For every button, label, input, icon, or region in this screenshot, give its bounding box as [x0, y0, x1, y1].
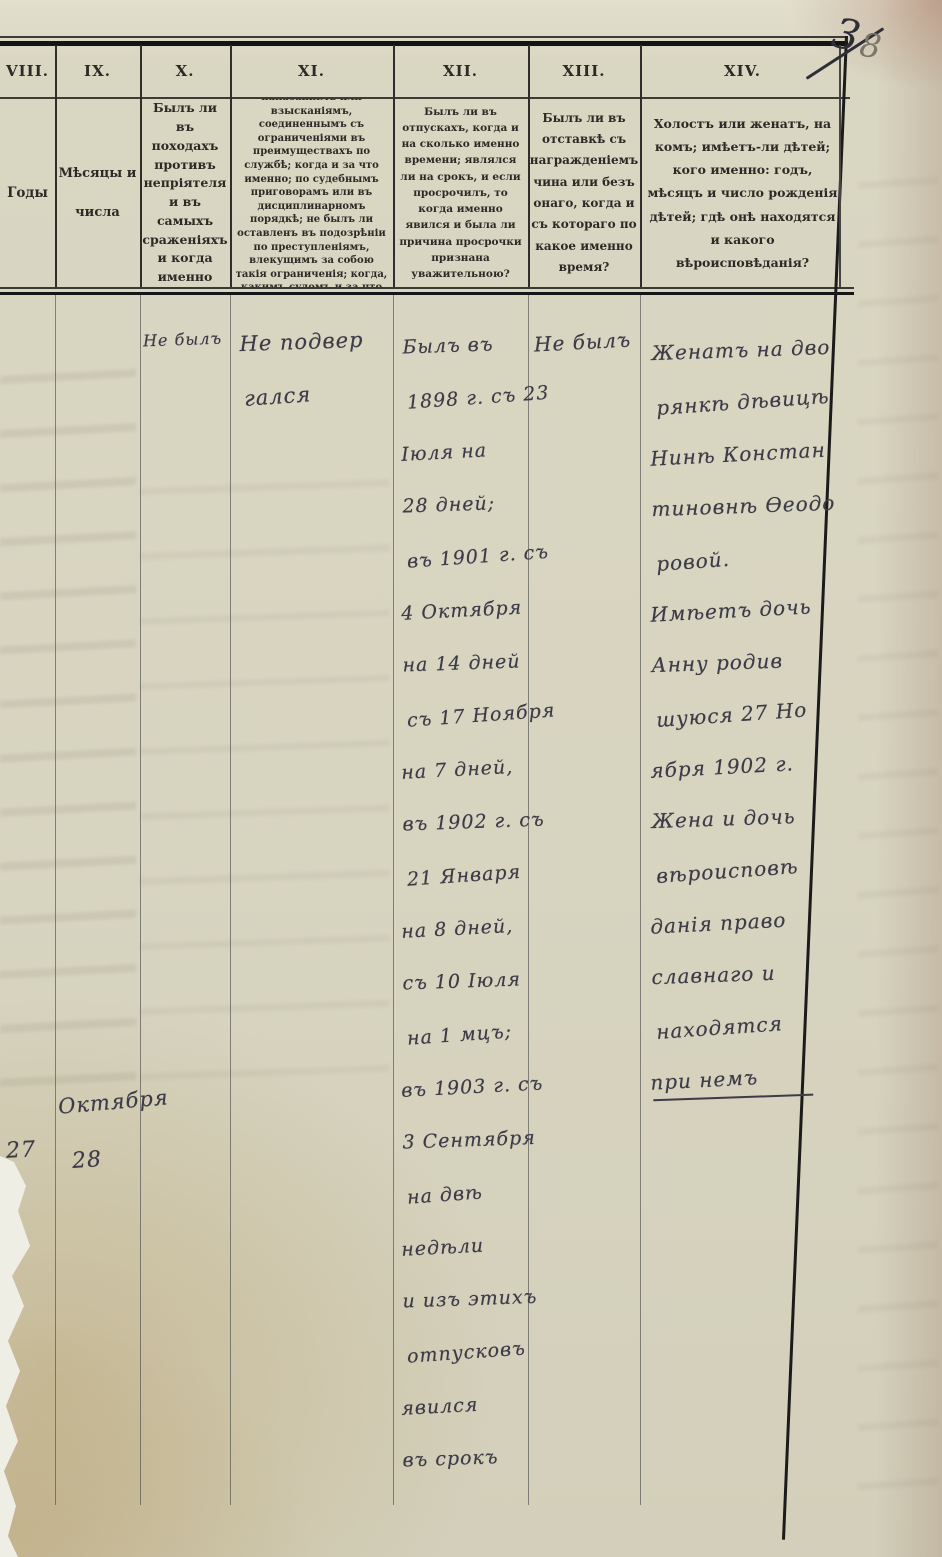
punishment-line: Не подвер [239, 328, 365, 385]
column-divider-body [393, 295, 394, 1505]
leave-record-line: отпусковъ [406, 1335, 558, 1398]
entry-retirement: Не былъ [533, 327, 631, 356]
leave-record-line: на 14 дней [402, 649, 552, 707]
leave-record-line: въ 1903 г. съ [401, 1072, 552, 1133]
column-x-numeral: X. [140, 45, 230, 97]
family-record-line: Нинѣ Констан [650, 437, 836, 499]
entry-month: Октября [57, 1085, 169, 1119]
column-divider-body [640, 295, 641, 1505]
leave-record-line: въ 1902 г. съ [402, 808, 552, 866]
leave-record-line: въ срокъ [402, 1444, 552, 1502]
entry-day: 28 [71, 1147, 103, 1174]
leave-record-line: съ 17 Ноября [406, 699, 558, 762]
entry-punishments: Не подвергался [238, 330, 362, 436]
leave-record-line: съ 10 Іюля [402, 967, 552, 1025]
column-divider-body [230, 295, 231, 1505]
leave-record-line: недѣли [401, 1231, 552, 1292]
column-ix-numeral: IX. [55, 45, 140, 97]
entry-campaigns: Не былъ [143, 329, 223, 351]
column-divider-body [55, 295, 56, 1505]
bleedthrough-texture [140, 430, 390, 1110]
header-bottom-rule [0, 287, 854, 295]
family-record-line: ября 1902 г. [650, 749, 836, 811]
leave-record-line: на 7 дней, [401, 754, 552, 815]
entry-year: 27 [5, 1137, 36, 1164]
column-xiii-numeral: XIII. [528, 45, 640, 97]
family-record-line: при немъ [650, 1061, 836, 1123]
leave-record-line: на двѣ [406, 1176, 558, 1239]
column-ix-heading: Мѣсяцы и числа [55, 99, 140, 287]
leave-record-line: въ 1901 г. съ [406, 540, 558, 603]
entry-leaves: Былъ въ1898 г. съ 23Іюля на28 дней;въ 19… [401, 334, 550, 1500]
leave-record-line: 28 дней; [402, 490, 552, 548]
column-xii-heading: Былъ ли въ отпускахъ, когда и на сколько… [393, 99, 528, 287]
bleedthrough-texture [858, 130, 938, 1490]
column-xiii-heading: Былъ ли въ отставкѣ съ награжденіемъ чин… [528, 99, 640, 287]
folio-number-pencil: 8 [857, 25, 884, 67]
column-xiv-heading: Холостъ или женатъ, на комъ; имѣетъ-ли д… [640, 99, 845, 287]
leave-record-line: на 8 дней, [401, 913, 552, 974]
leave-record-line: 1898 г. съ 23 [406, 381, 558, 444]
leave-record-line: Іюля на [401, 436, 552, 497]
leave-record-line: и изъ этихъ [402, 1285, 552, 1343]
column-x-heading: Былъ ли въ походахъ противъ непріятеля и… [140, 99, 230, 287]
entry-family: Женатъ на дворянкѣ дѣвицѣНинѣ Константин… [650, 338, 834, 1118]
column-xi-heading: Подвергался ли наказаніямъ или взысканія… [230, 99, 393, 287]
torn-paper-fragment [0, 1156, 42, 1557]
family-record-line: данія право [650, 905, 836, 967]
leave-record-line: 4 Октября [401, 595, 552, 656]
leave-record-line: Былъ въ [402, 331, 552, 389]
leave-record-line: явился [401, 1390, 552, 1451]
leave-record-line: 3 Сентября [402, 1126, 552, 1184]
family-record-line: Имѣетъ дочь [650, 593, 836, 655]
column-divider-body [140, 295, 141, 1505]
leave-record-line: на 1 мцъ; [406, 1017, 558, 1080]
bleedthrough-texture [0, 330, 136, 1110]
column-viii-heading: Годы [0, 99, 55, 287]
punishment-line: гался [243, 378, 370, 440]
column-xii-numeral: XII. [393, 45, 528, 97]
column-xi-numeral: XI. [230, 45, 393, 97]
scanned-service-record-page: VIII. IX. X. XI. XII. XIII. XIV. Годы Мѣ… [0, 0, 942, 1557]
column-viii-numeral: VIII. [0, 45, 55, 97]
leave-record-line: 21 Января [406, 858, 558, 921]
